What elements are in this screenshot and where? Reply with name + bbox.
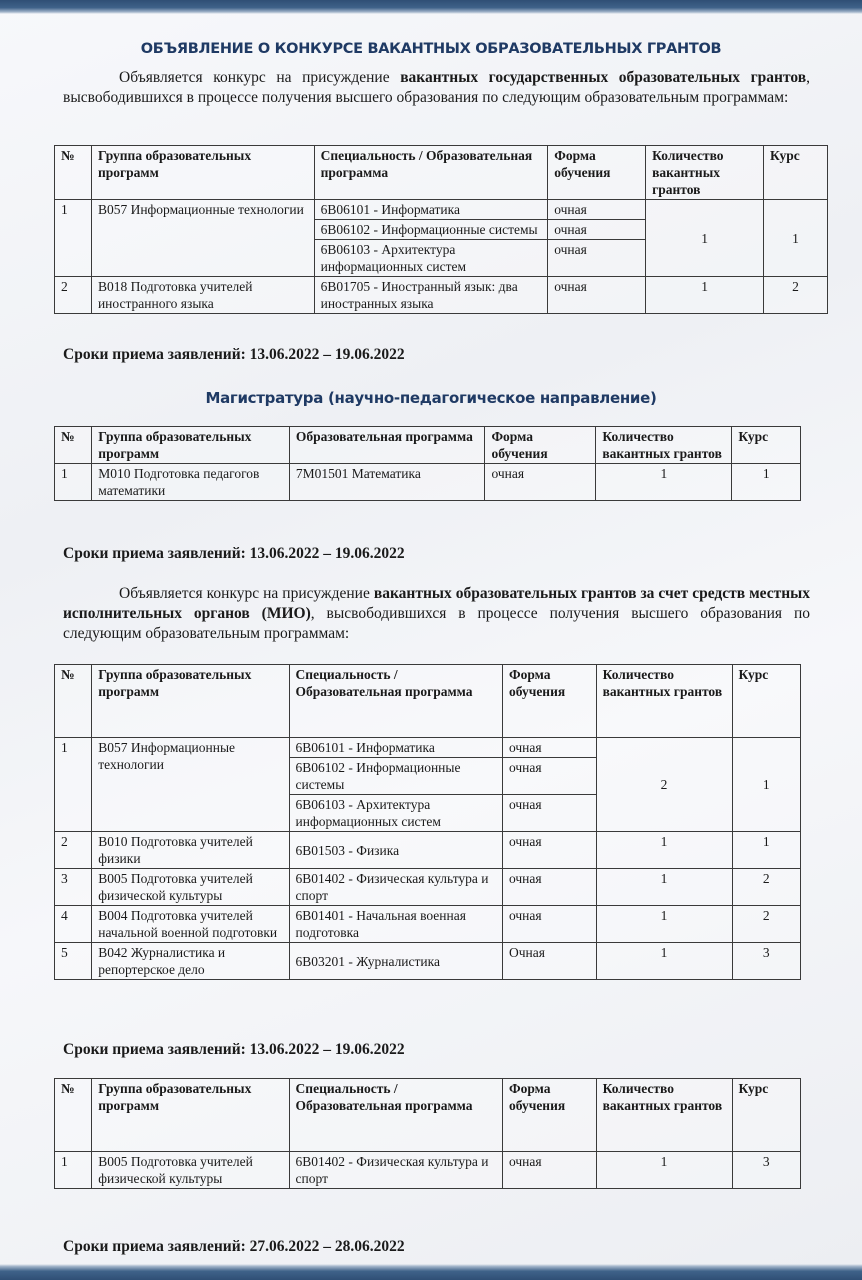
deadline-1: Сроки приема заявлений: 13.06.2022 – 19.… — [63, 346, 405, 364]
intro-paragraph-2: Объявляется конкурс на присуждение вакан… — [63, 584, 810, 644]
table-row: 2 B010 Подготовка учителей физики 6B0150… — [55, 832, 801, 869]
table-header-row: № Группа образовательных программ Специа… — [55, 665, 801, 738]
deadline-2: Сроки приема заявлений: 13.06.2022 – 19.… — [63, 545, 405, 563]
deadline-3: Сроки приема заявлений: 13.06.2022 – 19.… — [63, 1041, 405, 1059]
table-row: 4 B004 Подготовка учителей начальной вое… — [55, 906, 801, 943]
header-band — [0, 0, 862, 14]
section-title-masters: Магистратура (научно-педагогическое напр… — [0, 389, 862, 407]
intro-paragraph-1: Объявляется конкурс на присуждение вакан… — [63, 68, 810, 108]
table-row: 5 B042 Журналистика и репортерское дело … — [55, 943, 801, 980]
footer-band — [0, 1264, 862, 1280]
table-row: 3 B005 Подготовка учителей физической ку… — [55, 869, 801, 906]
grants-table-masters: № Группа образовательных программ Образо… — [54, 426, 801, 501]
table-header-row: № Группа образовательных программ Специа… — [55, 146, 828, 200]
grants-table-mio: № Группа образовательных программ Специа… — [54, 664, 801, 980]
table-row: 1 B005 Подготовка учителей физической ку… — [55, 1152, 801, 1189]
grants-table-mio-2: № Группа образовательных программ Специа… — [54, 1078, 801, 1189]
table-row: 1 B057 Информационные технологии 6B06101… — [55, 738, 801, 758]
table-row: 2 B018 Подготовка учителей иностранного … — [55, 277, 828, 314]
table-header-row: № Группа образовательных программ Образо… — [55, 427, 801, 464]
grants-table-bachelor: № Группа образовательных программ Специа… — [54, 145, 828, 314]
table-row: 1 M010 Подготовка педагогов математики 7… — [55, 464, 801, 501]
page-title: ОБЪЯВЛЕНИЕ О КОНКУРСЕ ВАКАНТНЫХ ОБРАЗОВА… — [0, 41, 862, 57]
table-row: 1 B057 Информационные технологии 6B06101… — [55, 200, 828, 220]
deadline-4: Сроки приема заявлений: 27.06.2022 – 28.… — [63, 1238, 405, 1256]
table-header-row: № Группа образовательных программ Специа… — [55, 1079, 801, 1152]
